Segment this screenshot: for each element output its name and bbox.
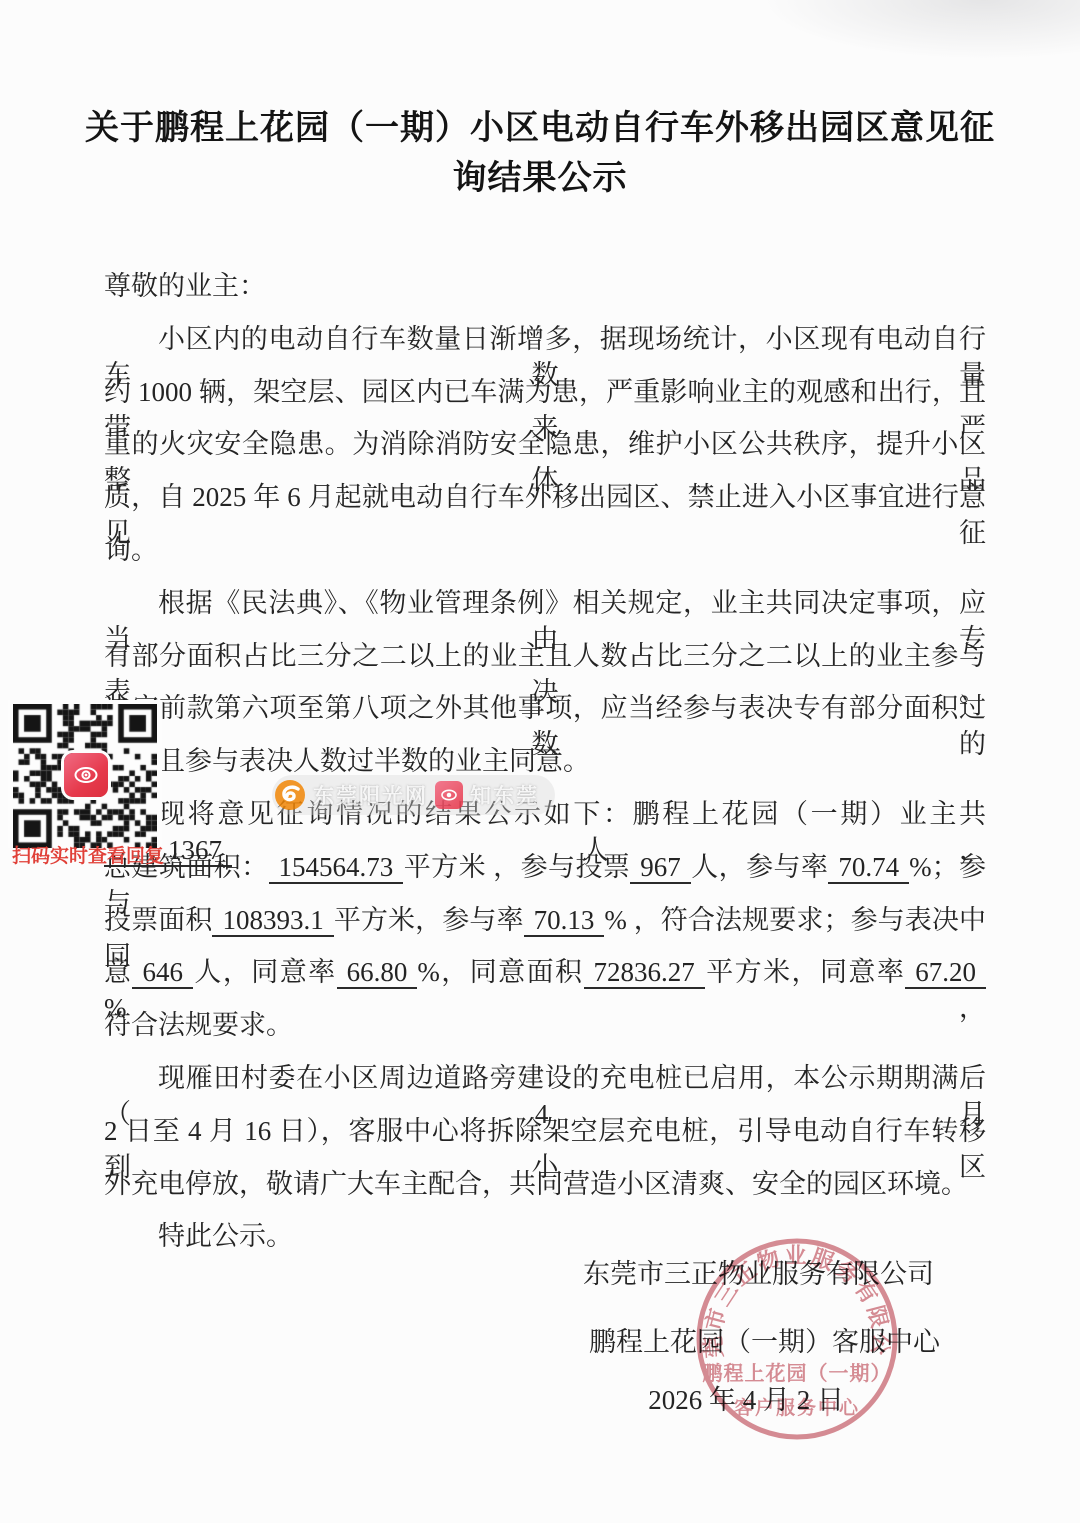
text-segment: 平方米，同意率	[705, 957, 906, 987]
text-line: 符合法规要求。	[104, 1007, 986, 1049]
text-line: 意646人，同意率66.80%，同意面积72836.27平方米，同意率67.20…	[104, 954, 986, 996]
text-line: 询。	[104, 532, 986, 574]
eye-icon	[439, 785, 459, 805]
sun-media-logo-icon	[274, 779, 306, 811]
page-title: 关于鹏程上花园（一期）小区电动自行车外移出园区意见征 询结果公示	[70, 104, 1010, 204]
eye-app-icon	[64, 753, 108, 797]
text-segment: %，同意面积	[417, 957, 583, 987]
notice-document-page: 关于鹏程上花园（一期）小区电动自行车外移出园区意见征 询结果公示 尊敬的业主：小…	[0, 0, 1080, 1523]
text-line: 总建筑面积：154564.73平方米 ，参与投票967人，参与率70.74%；参…	[104, 849, 986, 891]
underlined-value: 154564.73	[269, 852, 404, 884]
text-segment: 符合法规要求。	[104, 1010, 293, 1040]
text-segment: 尊敬的业主：	[104, 271, 266, 301]
underlined-value: 70.13	[524, 905, 605, 937]
qr-code	[8, 700, 162, 848]
underlined-value: 67.20	[905, 957, 986, 989]
underlined-value: 70.74	[828, 852, 909, 884]
underlined-value: 967	[630, 852, 691, 884]
text-segment: 人，参与率	[691, 852, 829, 882]
eye-icon	[71, 760, 101, 790]
text-segment: 外充电停放，敬请广大车主配合，共同营造小区清爽、安全的园区环境。	[104, 1169, 968, 1199]
text-line: 现雁田村委在小区周边道路旁建设的充电桩已启用，本公示期期满后（4 月	[104, 1060, 986, 1102]
underlined-value: 72836.27	[584, 957, 705, 989]
text-segment: 投票面积	[104, 905, 212, 935]
signature-department: 鹏程上花园（一期）客服中心	[589, 1320, 940, 1359]
text-line: 投票面积108393.1平方米，参与率70.13% ，符合法规要求；参与表决中同	[104, 902, 986, 944]
text-segment: 询。	[104, 535, 158, 565]
page-title-line1: 关于鹏程上花园（一期）小区电动自行车外移出园区意见征	[70, 104, 1010, 154]
watermark: 东莞阳光网 知东莞	[272, 775, 555, 815]
watermark-eye-app-icon	[435, 781, 463, 809]
page-title-line2: 询结果公示	[70, 154, 1010, 204]
text-line: 尊敬的业主：	[104, 268, 986, 310]
underlined-value: 66.80	[337, 957, 418, 989]
text-line: 有部分面积占比三分之二以上的业主且人数占比三分之二以上的业主参与表决。	[104, 638, 986, 680]
text-line: 外充电停放，敬请广大车主配合，共同营造小区清爽、安全的园区环境。	[104, 1166, 986, 1208]
text-segment: 平方米，参与率	[334, 905, 524, 935]
text-line: 约 1000 辆，架空层、园区内已车满为患，严重影响业主的观感和出行，且带来严	[104, 374, 986, 416]
text-segment: 意	[104, 957, 132, 987]
text-segment: 业主且参与表决人数过半数的业主同意。	[104, 746, 590, 776]
watermark-app-text: 知东莞	[470, 780, 539, 810]
signature-date: 2026 年 4 月 2 日	[648, 1378, 844, 1417]
text-line: 2 日至 4 月 16 日），客服中心将拆除架空层充电桩，引导电动自行车转移到小…	[104, 1113, 986, 1155]
underlined-value: 108393.1	[212, 905, 333, 937]
text-line: 重的火灾安全隐患。为消除消防安全隐患，维护小区公共秩序，提升小区整体品	[104, 426, 986, 468]
qr-caption-text: 扫码实时查看回复	[12, 843, 172, 871]
text-line: 质，自 2025 年 6 月起就电动自行车外移出园区、禁止进入小区事宜进行意见征	[104, 479, 986, 521]
text-segment: 平方米 ，参与投票	[403, 852, 630, 882]
text-segment: 人，同意率	[193, 957, 337, 987]
text-line: 决定前款第六项至第八项之外其他事项，应当经参与表决专有部分面积过半数的	[104, 690, 986, 732]
text-segment: 特此公示。	[158, 1221, 293, 1251]
text-line: 小区内的电动自行车数量日渐增多，据现场统计，小区现有电动自行车数量	[104, 321, 986, 363]
text-line: 根据《民法典》、《物业管理条例》相关规定，业主共同决定事项，应当由专	[104, 585, 986, 627]
underlined-value: 646	[132, 957, 193, 989]
watermark-site-text: 东莞阳光网	[313, 780, 428, 810]
signature-company: 东莞市三正物业服务有限公司	[583, 1252, 934, 1291]
